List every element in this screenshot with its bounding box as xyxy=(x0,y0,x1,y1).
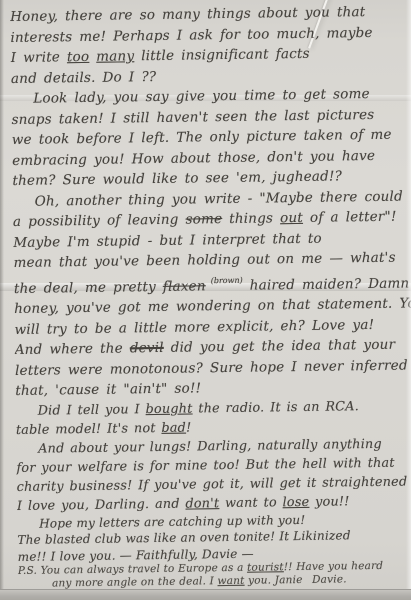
letter-text: that, 'cause it "ain't" so!! xyxy=(15,380,201,399)
letter-word-st: some xyxy=(185,211,222,228)
letter-text: ! xyxy=(186,420,192,435)
letter-text: snaps taken! I still haven't seen the la… xyxy=(11,106,374,127)
letter-text: me!! I love you. — Faithfully, Davie — xyxy=(18,546,254,563)
letter-text: you. Janie xyxy=(244,573,302,586)
handwritten-letter-page: Honey, there are so many things about yo… xyxy=(0,0,411,600)
letter-word-sup: (brown) xyxy=(206,275,243,285)
letter-text: letters were monotonous? Sure hope I nev… xyxy=(15,357,408,378)
letter-text: mean that you've been holding out on me … xyxy=(13,250,395,271)
letter-word-u: want xyxy=(217,574,244,586)
letter-text: did you get the idea that your xyxy=(164,337,396,356)
letter-word-u: lose xyxy=(282,494,309,509)
letter-text: and details. Do I ?? xyxy=(11,68,156,86)
letter-text: little insignificant facts xyxy=(134,46,310,64)
letter-text: we took before I left. The only picture … xyxy=(12,127,392,148)
letter-text: The blasted club was like an oven tonite… xyxy=(17,528,350,547)
letter-text: And about your lungs! Darling, naturally… xyxy=(38,436,382,456)
letter-text: them? Sure would like to see 'em, jughea… xyxy=(12,168,342,189)
letter-word-u: tourist xyxy=(247,561,284,574)
letter-word-u: many xyxy=(96,48,134,65)
letter-text: you!! xyxy=(309,494,349,510)
letter-text: !! Have you heard xyxy=(284,560,384,573)
letter-text: charity business! If you've got it, will… xyxy=(17,474,411,495)
letter-text: I write xyxy=(11,49,67,66)
letter-word-u: bad xyxy=(161,420,186,435)
letter-text: the deal, me pretty xyxy=(14,278,163,296)
letter-text: Honey, there are so many things about yo… xyxy=(10,4,365,25)
letter-text: Look lady, you say give you time to get … xyxy=(33,86,370,107)
letter-text: I love you, Darling. and xyxy=(17,496,186,513)
paper-edge-left xyxy=(0,0,4,600)
letter-word-scr: devil xyxy=(130,340,164,356)
letter-text: And where the xyxy=(15,340,130,358)
letter-word-u: too xyxy=(67,49,90,65)
letter-text: for your welfare is for mine too! But th… xyxy=(16,455,394,475)
letter-text: haired maiden? Damn it, xyxy=(243,275,411,294)
letter-text: want to xyxy=(219,495,283,511)
paper-edge-right xyxy=(406,0,411,600)
letter-lines: Honey, there are so many things about yo… xyxy=(10,1,411,590)
letter-word-u: don't xyxy=(185,496,219,511)
letter-text: of a letter"! xyxy=(303,209,397,226)
letter-word-u: bought xyxy=(146,401,193,417)
letter-text: honey, you've got me wondering on that s… xyxy=(14,295,411,317)
letter-text: a possibility of leaving xyxy=(13,212,186,230)
letter-word-st: flaxen xyxy=(163,278,206,295)
letter-text: Did I tell you I xyxy=(38,402,146,419)
letter-text: things xyxy=(222,210,280,227)
letter-text: any more angle on the deal. I xyxy=(52,575,218,589)
letter-text: will try to be a little more explicit, e… xyxy=(14,316,374,337)
letter-text: Davie. xyxy=(312,573,347,585)
letter-text: the radio. It is an RCA. xyxy=(192,399,359,416)
letter-text: Oh, another thing you write - "Maybe the… xyxy=(35,188,410,209)
letter-text: interests me! Perhaps I ask for too much… xyxy=(10,24,372,45)
letter-text: table model! It's not xyxy=(16,420,162,437)
letter-word-u: out xyxy=(280,210,303,226)
letter-text: Maybe I'm stupid - but I interpret that … xyxy=(13,230,322,250)
letter-text: embracing you! How about those, don't yo… xyxy=(12,147,375,168)
paper-edge-bottom xyxy=(0,589,411,600)
